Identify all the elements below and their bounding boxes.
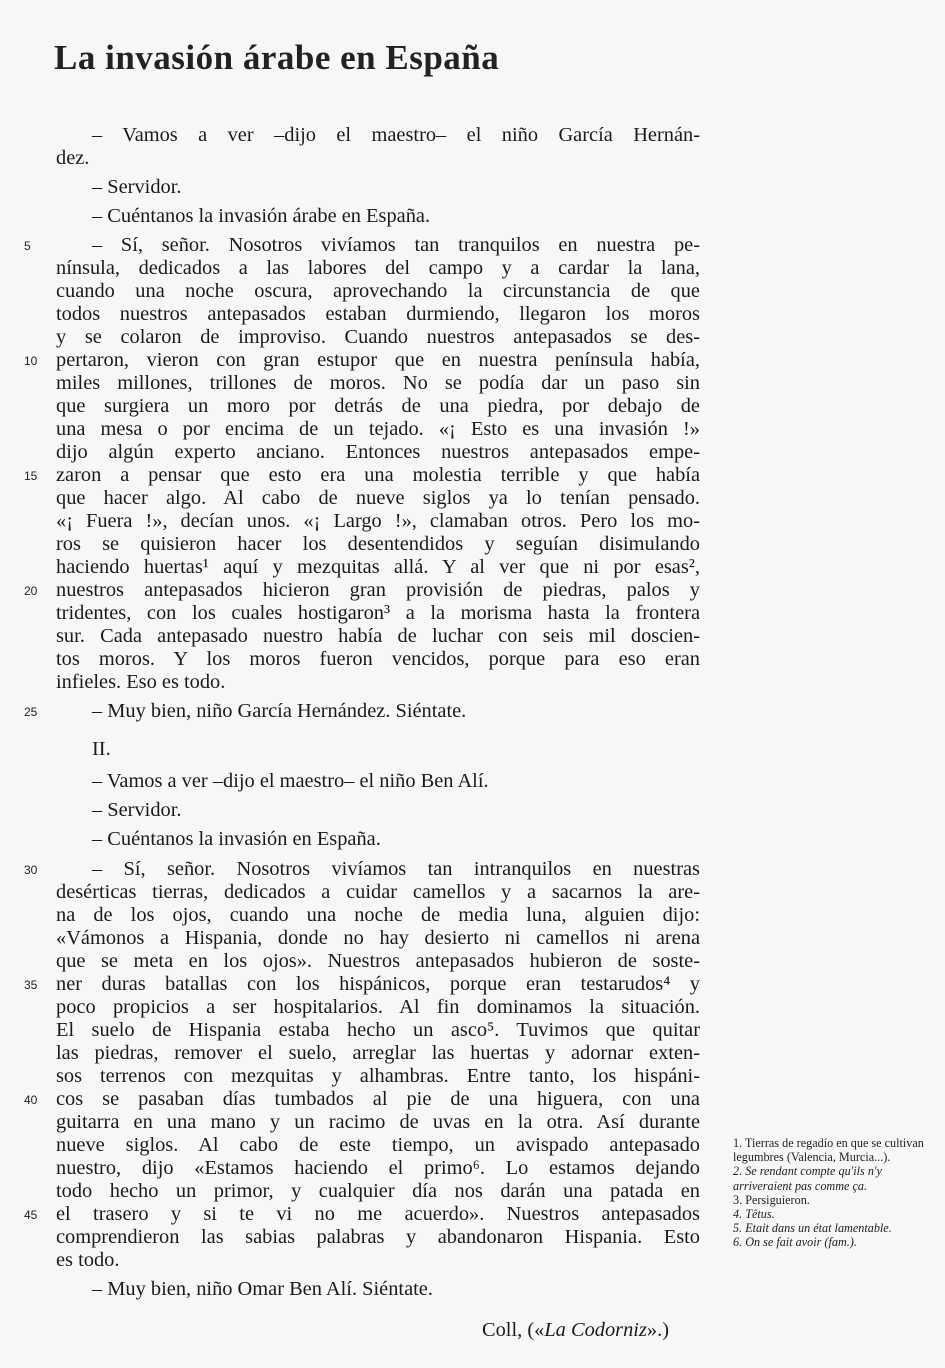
line-number: 40 [24,1093,37,1107]
text-line: guitarra en una mano y un racimo de uvas… [56,1111,700,1134]
text-line: – Cuéntanos la invasión en España. [56,828,700,851]
line-number: 35 [24,978,37,992]
text-line: y se colaron de improviso. Cuando nuestr… [56,326,700,349]
text-line: nínsula, dedicados a las labores del cam… [56,257,700,280]
text-line: El suelo de Hispania estaba hecho un asc… [56,1019,700,1042]
text-line: tos moros. Y los moros fueron vencidos, … [56,648,700,671]
text-line: «¡ Fuera !», decían unos. «¡ Largo !», c… [56,510,700,533]
text-line: na de los ojos, cuando una noche de medi… [56,904,700,927]
text-line: todo hecho un primor, y cualquier día no… [56,1180,700,1203]
text-line: – Muy bien, niño García Hernández. Siént… [56,700,700,723]
footnote-2: 2. Se rendant compte qu'ils n'y arrivera… [733,1164,928,1192]
text-line: cuando una noche oscura, aprovechando la… [56,280,700,303]
text-line: las piedras, remover el suelo, arreglar … [56,1042,700,1065]
line-number: 10 [24,354,37,368]
text-line: infieles. Eso es todo. [56,671,700,694]
text-line: zaron a pensar que esto era una molestia… [56,464,700,487]
footnote-4: 4. Têtus. [733,1207,928,1221]
text-line: – Vamos a ver –dijo el maestro– el niño … [56,770,700,793]
text-line: – Servidor. [56,799,700,822]
text-line: una mesa o por encima de un tejado. «¡ E… [56,418,700,441]
text-line: comprendieron las sabias palabras y aban… [56,1226,700,1249]
text-line: ros se quisieron hacer los desentendidos… [56,533,700,556]
text-line: cos se pasaban días tumbados al pie de u… [56,1088,700,1111]
text-line: ner duras batallas con los hispánicos, p… [56,973,700,996]
text-line: dez. [56,147,700,170]
line-number: 15 [24,469,37,483]
page-title: La invasión árabe en España [54,38,499,78]
line-number: 30 [24,863,37,877]
footnote-6: 6. On se fait avoir (fam.). [733,1235,928,1249]
text-line: sur. Cada antepasado nuestro había de lu… [56,625,700,648]
credit-author: Coll, [482,1319,522,1341]
text-line: nueve siglos. Al cabo de este tiempo, un… [56,1134,700,1157]
footnote-5: 5. Etait dans un état lamentable. [733,1221,928,1235]
source-credit: Coll, («La Codorniz».) [482,1319,669,1342]
text-line: «Vámonos a Hispania, donde no hay desier… [56,927,700,950]
line-number: 25 [24,705,37,719]
text-line: – Sí, señor. Nosotros vivíamos tan tranq… [56,234,700,257]
text-line: que hacer algo. Al cabo de nueve siglos … [56,487,700,510]
text-line: pertaron, vieron con gran estupor que en… [56,349,700,372]
text-line: haciendo huertas¹ aquí y mezquitas allá.… [56,556,700,579]
text-line: II. [56,738,700,761]
text-line: sos terrenos con mezquitas y alhambras. … [56,1065,700,1088]
text-line: dijo algún experto anciano. Entonces nue… [56,441,700,464]
text-line: es todo. [56,1249,700,1272]
text-line: – Servidor. [56,176,700,199]
text-line: tridentes, con los cuales hostigaron³ a … [56,602,700,625]
text-line: que se meta en los ojos». Nuestros antep… [56,950,700,973]
text-line: – Vamos a ver –dijo el maestro– el niño … [56,124,700,147]
text-line: – Muy bien, niño Omar Ben Alí. Siéntate. [56,1278,700,1301]
document-page: La invasión árabe en España – Vamos a ve… [0,0,945,1368]
footnotes: 1. Tierras de regadío en que se cultivan… [733,1136,928,1250]
text-line: miles millones, trillones de moros. No s… [56,372,700,395]
text-line: el trasero y si te vi no me acuerdo». Nu… [56,1203,700,1226]
text-line: nuestros antepasados hicieron gran provi… [56,579,700,602]
text-line: – Cuéntanos la invasión árabe en España. [56,205,700,228]
credit-source: La Codorniz [544,1319,647,1341]
text-line: poco propicios a ser hospitalarios. Al f… [56,996,700,1019]
text-line: todos nuestros antepasados estaban durmi… [56,303,700,326]
line-number: 5 [24,239,31,253]
line-number: 45 [24,1208,37,1222]
text-line: nuestro, dijo «Estamos haciendo el primo… [56,1157,700,1180]
footnote-1: 1. Tierras de regadío en que se cultivan… [733,1136,928,1164]
line-number: 20 [24,584,37,598]
text-line: desérticas tierras, dedicados a cuidar c… [56,881,700,904]
text-line: – Sí, señor. Nosotros vivíamos tan intra… [56,858,700,881]
text-line: que surgiera un moro por detrás de una p… [56,395,700,418]
footnote-3: 3. Persiguieron. [733,1193,928,1207]
